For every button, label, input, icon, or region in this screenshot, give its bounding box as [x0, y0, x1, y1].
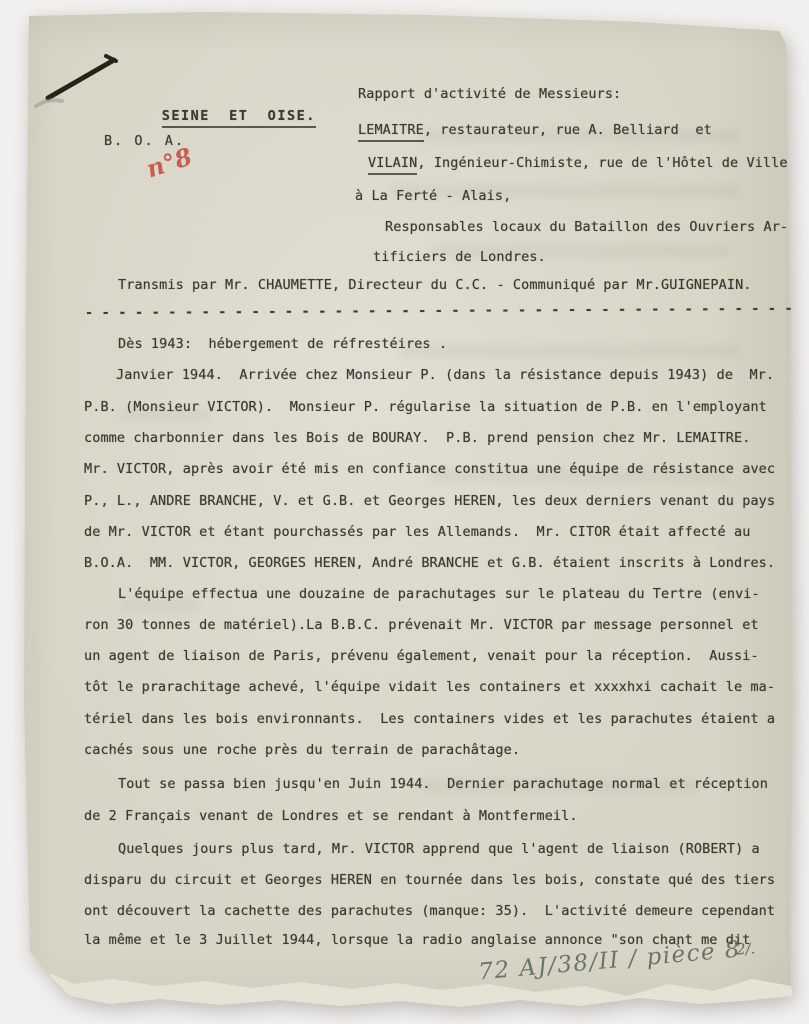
bleed-through-smudge [400, 345, 740, 357]
typed-line: Janvier 1944. Arrivée chez Monsieur P. (… [116, 367, 774, 383]
typed-line: comme charbonnier dans les Bois de BOURA… [84, 430, 750, 446]
report-title: Rapport d'activité de Messieurs: [358, 86, 621, 102]
addressee-line-4: Responsables locaux du Bataillon des Ouv… [385, 219, 788, 235]
typed-line: Quelques jours plus tard, Mr. VICTOR app… [118, 841, 760, 857]
typed-line: B.O.A. MM. VICTOR, GEORGES HEREN, André … [84, 555, 775, 571]
typed-line: disparu du circuit et Georges HEREN en t… [84, 872, 775, 888]
addressee-line-2-rest: , Ingénieur-Chimiste, rue de l'Hôtel de … [417, 155, 787, 171]
paper-stack: SEINE ET OISE. B. O. A. n°8 Rapport d'ac… [0, 0, 809, 1024]
name-vilain: VILAIN [368, 155, 417, 175]
paper-sheet [0, 0, 809, 1024]
typed-line: tôt le prarachitage achevé, l'équipe vid… [84, 679, 775, 695]
typed-line: Tout se passa bien jusqu'en Juin 1944. D… [118, 776, 768, 792]
name-lemaitre: LEMAITRE [358, 122, 424, 142]
typed-line: Dès 1943: hébergement de réfrestéires . [118, 336, 447, 352]
region-label-text: SEINE ET OISE. [162, 108, 316, 128]
typed-line: P.B. (Monsieur VICTOR). Monsieur P. régu… [84, 399, 767, 415]
typed-line: ron 30 tonnes de matériel).La B.B.C. pré… [84, 617, 759, 633]
addressee-line-1: LEMAITRE, restaurateur, rue A. Belliard … [358, 122, 712, 138]
typed-line: L'équipe effectua une douzaine de parach… [118, 586, 760, 602]
typed-line: Mr. VICTOR, après avoir été mis en confi… [84, 461, 775, 477]
typed-line: cachés sous une roche près du terrain de… [84, 742, 520, 758]
typed-line: ont découvert la cachette des parachutes… [84, 903, 775, 919]
typed-line: un agent de liaison de Paris, prévenu ég… [84, 648, 759, 664]
addressee-line-3: à La Ferté - Alais, [355, 188, 511, 204]
typed-line: de Mr. VICTOR et étant pourchassés par l… [84, 524, 750, 540]
typed-line: P., L., ANDRE BRANCHE, V. et G.B. et Geo… [84, 493, 775, 509]
transmission-line: Transmis par Mr. CHAUMETTE, Directeur du… [118, 277, 752, 293]
scanned-document-page: SEINE ET OISE. B. O. A. n°8 Rapport d'ac… [0, 0, 809, 1024]
addressee-line-5: tificiers de Londres. [373, 249, 546, 265]
typed-line: tériel dans les bois environnants. Les c… [84, 711, 775, 727]
addressee-line-2: VILAIN, Ingénieur-Chimiste, rue de l'Hôt… [368, 155, 788, 171]
page-number-handwriting: 2/. [735, 939, 756, 958]
addressee-line-1-rest: , restaurateur, rue A. Belliard et [424, 122, 712, 138]
typed-line: de 2 Français venant de Londres et se re… [84, 808, 578, 824]
